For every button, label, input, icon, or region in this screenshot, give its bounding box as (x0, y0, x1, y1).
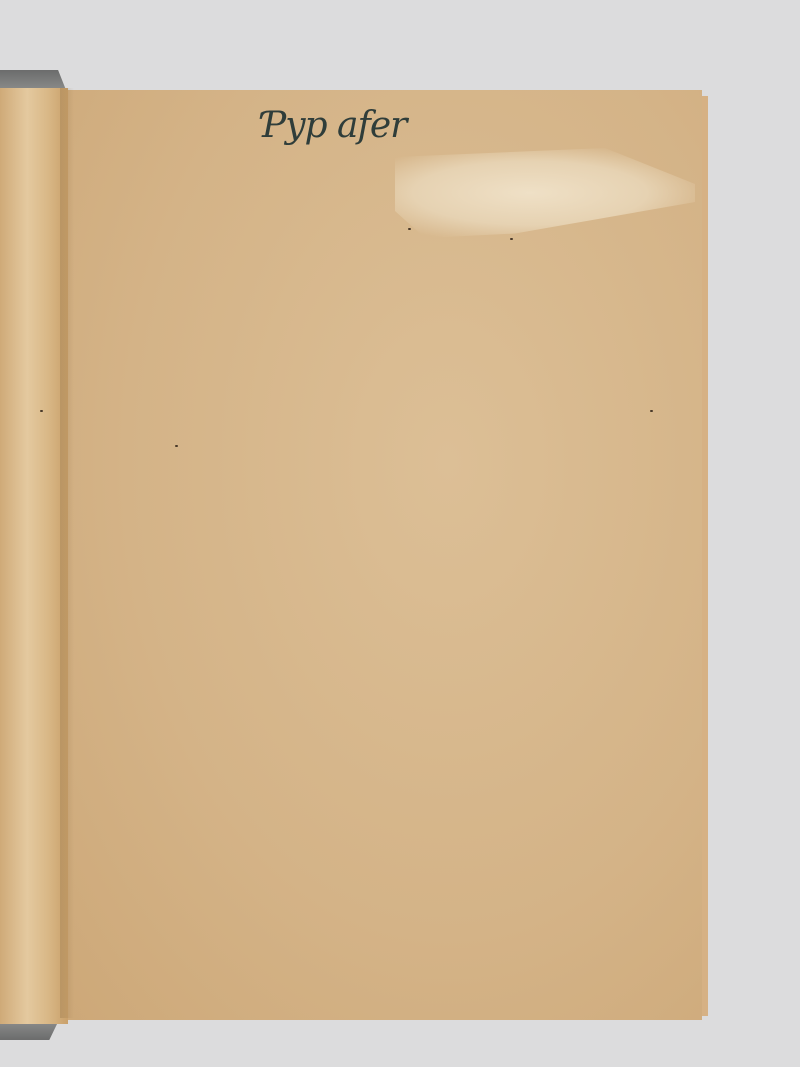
book-cover-spine-bottom (0, 1022, 58, 1040)
handwritten-note: Ƥyp afer (262, 105, 406, 146)
paper-speck (408, 228, 411, 230)
book-gutter (0, 88, 68, 1024)
paper-speck (650, 410, 653, 412)
book-cover-spine-top (0, 70, 66, 90)
paper-speck (40, 410, 43, 412)
endpaper-page (68, 90, 702, 1020)
paper-speck (175, 445, 178, 447)
paper-speck (510, 238, 513, 240)
gutter-shadow (60, 88, 74, 1018)
